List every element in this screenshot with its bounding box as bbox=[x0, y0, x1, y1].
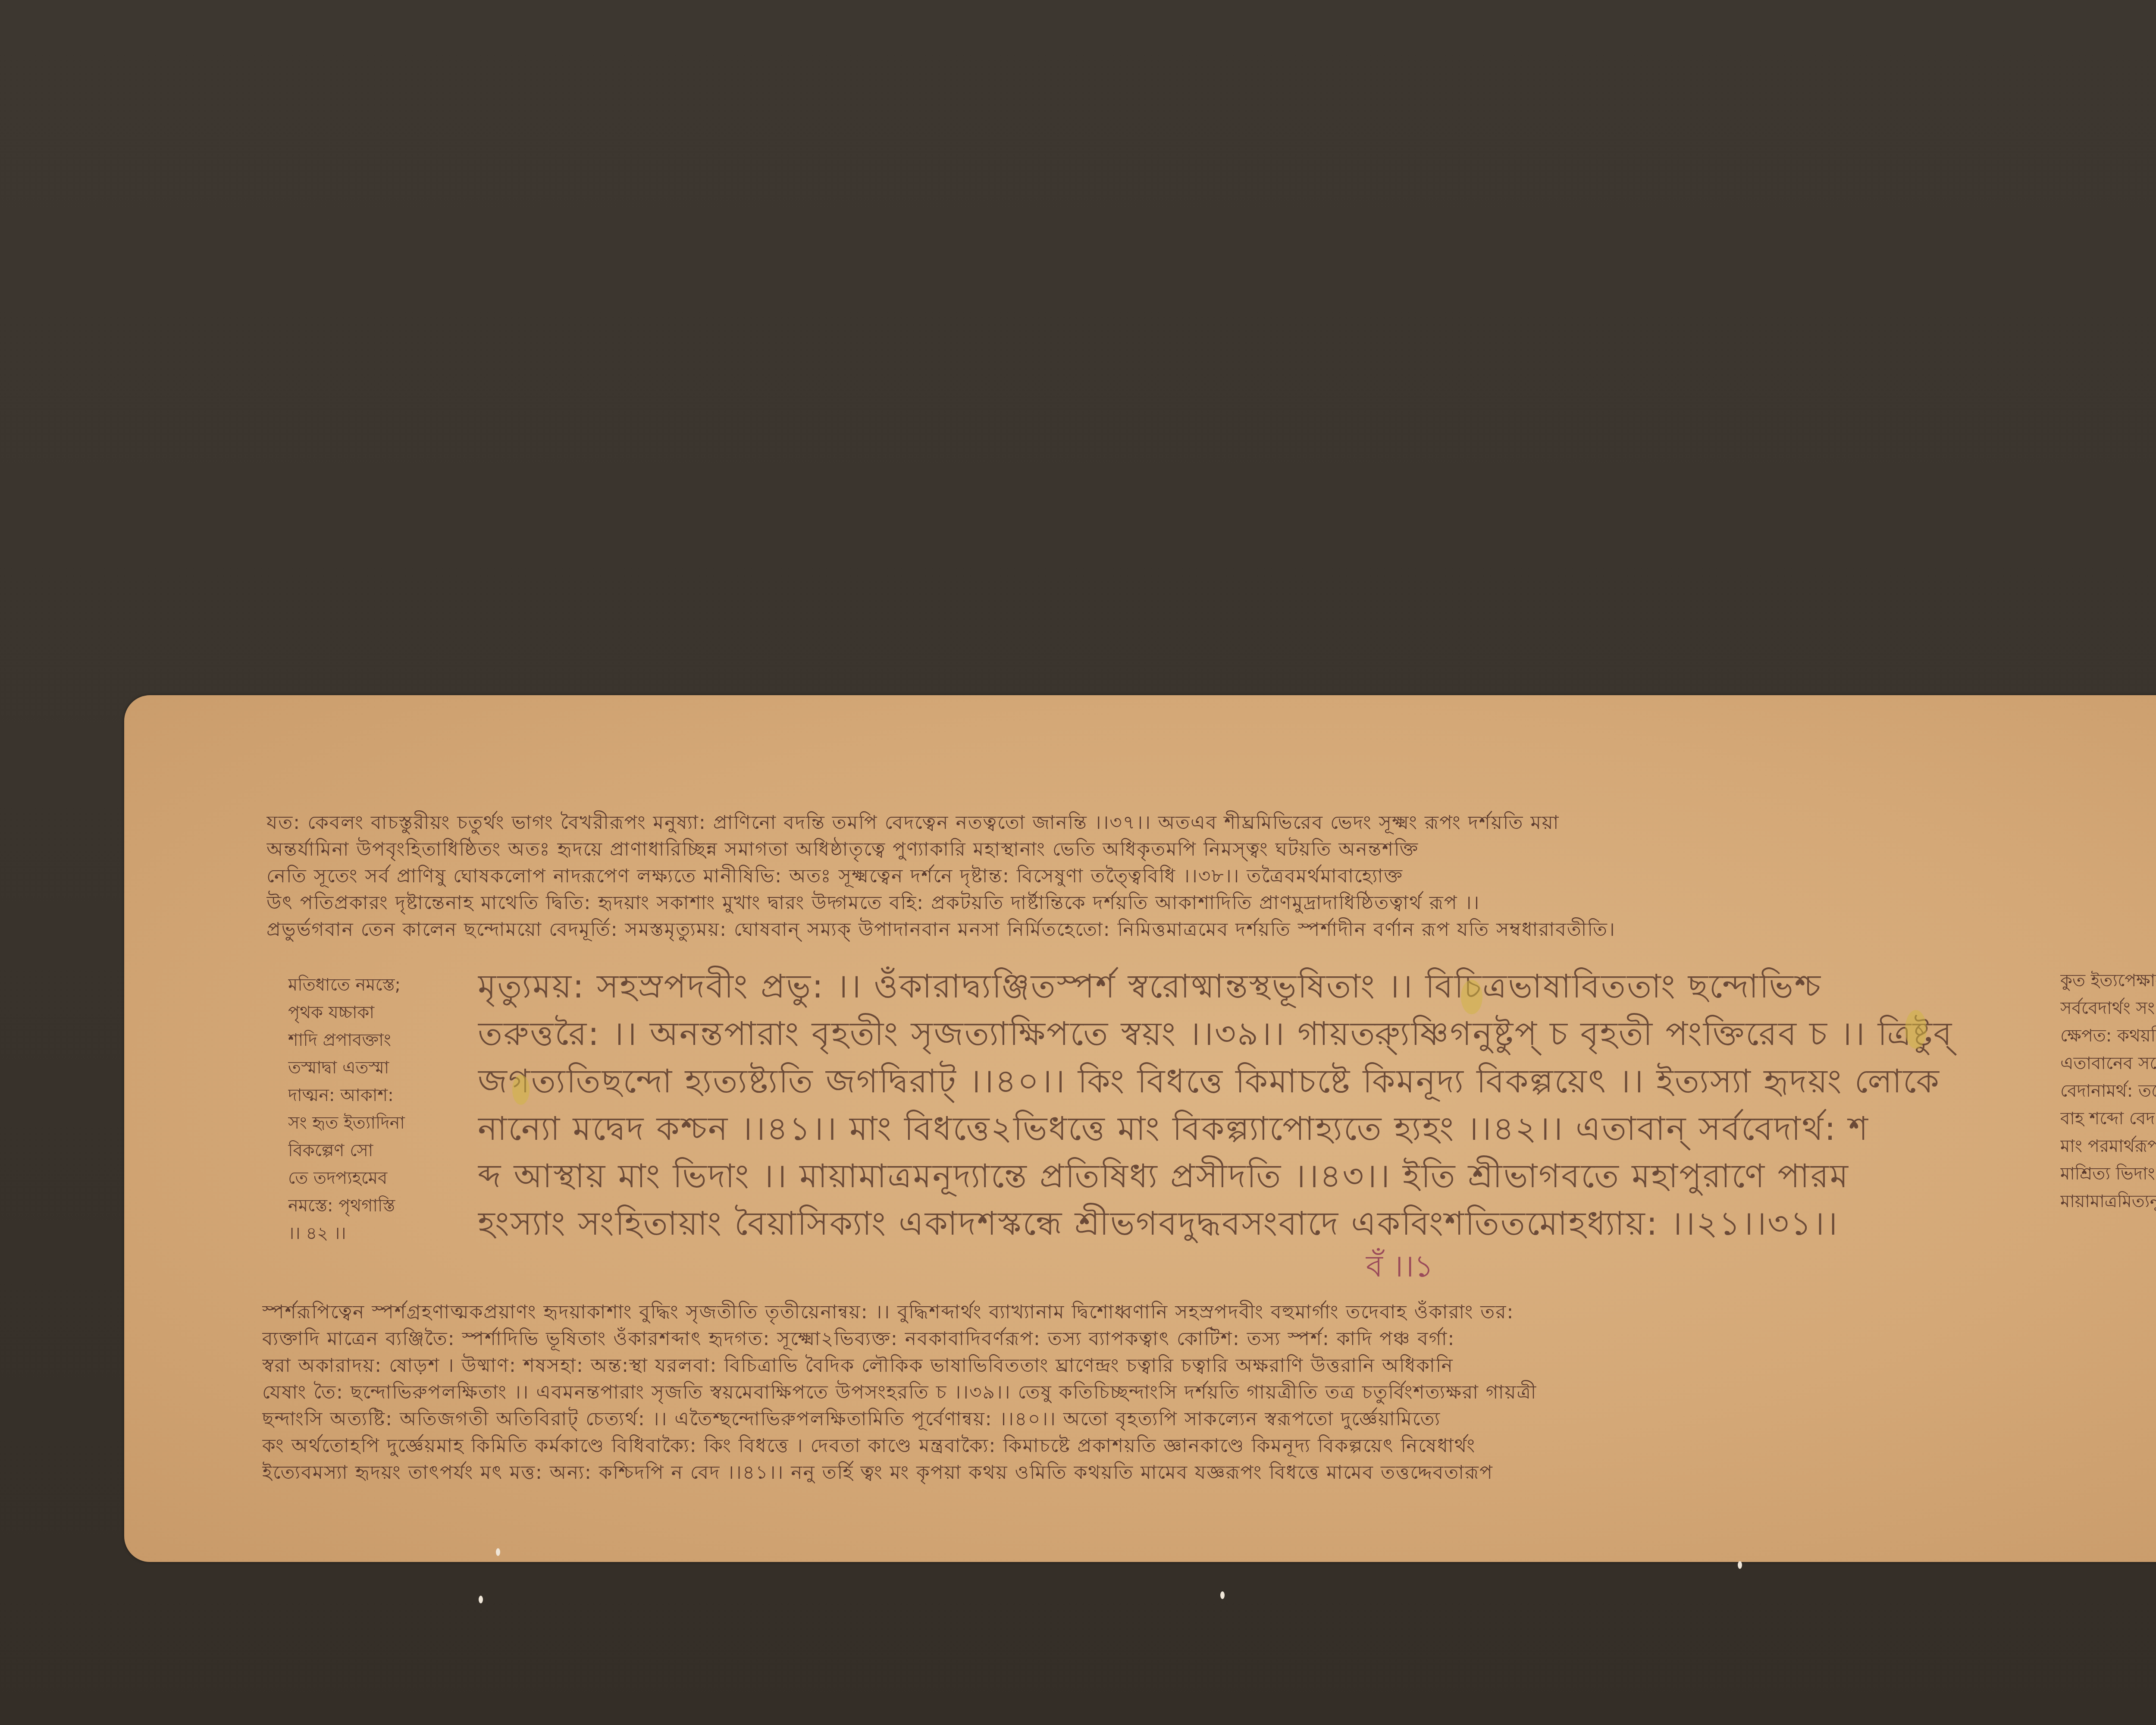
gloss-line: মাশ্রিত্য ভিদাং bbox=[2060, 1160, 2156, 1188]
verse-line: মৃত্যুময়: সহস্রপদবীং প্রভু: ।। ওঁকারাদ্… bbox=[478, 963, 2052, 1010]
commentary-line: উৎ পতিপ্রকারং দৃষ্টান্তেনাহ মাথেতি দ্বিত… bbox=[266, 890, 2156, 916]
top-commentary: যত: কেবলং বাচস্তুরীয়ং চতুর্থং ভাগং বৈখর… bbox=[266, 809, 2156, 943]
bottom-commentary: স্পর্শরূপিত্বেন স্পর্শগ্রহণাত্মকপ্রয়াণং… bbox=[262, 1299, 2156, 1486]
gloss-line: এতাবানেব সর্বেষাং bbox=[2060, 1050, 2156, 1077]
commentary-line: প্রভুর্ভগবান তেন কালেন ছন্দোময়ো বেদমূর্… bbox=[266, 916, 2156, 943]
gloss-line: সং হৃত ইত্যাদিনা bbox=[288, 1109, 469, 1137]
gloss-line: ক্ষেপত: কথয়তি bbox=[2060, 1022, 2156, 1050]
gloss-line: মায়ামাত্রমিত্যনূদ্য bbox=[2060, 1188, 2156, 1215]
manuscript-folio: যত: কেবলং বাচস্তুরীয়ং চতুর্থং ভাগং বৈখর… bbox=[124, 695, 2156, 1562]
board-speck bbox=[1738, 1561, 1742, 1569]
folio-marker: বঁ ।।১ bbox=[1366, 1243, 1434, 1293]
board-speck bbox=[1220, 1591, 1225, 1599]
gloss-line: বিকল্পেণ সো bbox=[288, 1137, 469, 1164]
commentary-line: নেতি সূতেং সর্ব প্রাণিষু ঘোষকলোপ নাদরূপে… bbox=[266, 863, 2156, 890]
paper-stain bbox=[1905, 1010, 1927, 1049]
commentary-line: অন্তর্যামিনা উপবৃংহিতাধিষ্ঠিতং অতঃ হৃদয়… bbox=[266, 836, 2156, 863]
commentary-line: ইত্যেবমস্যা হৃদয়ং তাৎপর্যং মৎ মত্ত: অন্… bbox=[262, 1459, 2156, 1486]
gloss-line: মতিধাতে নমস্তে; bbox=[288, 971, 469, 999]
gloss-line: পৃথক যচ্চাকা bbox=[288, 999, 469, 1026]
folio-verse-number: ।। ৪২ ।। bbox=[288, 1220, 469, 1247]
commentary-line: ছন্দাংসি অত্যষ্টি: অতিজগতী অতিবিরাট্ চেত… bbox=[262, 1406, 2156, 1433]
gloss-line: দাত্মন: আকাশ: bbox=[288, 1082, 469, 1109]
gloss-line: শাদি প্রপাবক্তাং bbox=[288, 1026, 469, 1054]
gloss-line: বাহ শব্দো বেদ: bbox=[2060, 1105, 2156, 1132]
gloss-line: নমস্তে: পৃথগাস্তি bbox=[288, 1192, 469, 1220]
gloss-line: তে তদপ্যহমেব bbox=[288, 1164, 469, 1192]
gloss-line: কুত ইত্যপেক্ষায়াং bbox=[2060, 967, 2156, 994]
paper-stain bbox=[1461, 980, 1482, 1014]
commentary-line: ব্যক্তাদি মাত্রেন ব্যঞ্জিতৈ: স্পর্শাদিভি… bbox=[262, 1326, 2156, 1352]
board-speck bbox=[479, 1596, 483, 1603]
commentary-line: স্বরা অকারাদয়: ষোড়শ । উষ্মাণ: শষসহা: অ… bbox=[262, 1352, 2156, 1379]
verse-line: জগত্যতিছন্দো হ্যত্যষ্ট্যতি জগদ্বিরাট্ ।।… bbox=[478, 1057, 2052, 1105]
verse-line: নান্যো মদ্বেদ কশ্চন ।।৪১।। মাং বিধত্তে২ভ… bbox=[478, 1105, 2052, 1152]
verse-line: ব্দ আস্থায় মাং ভিদাং ।। মায়ামাত্রমনূদ্… bbox=[478, 1152, 2052, 1200]
commentary-line: স্পর্শরূপিত্বেন স্পর্শগ্রহণাত্মকপ্রয়াণং… bbox=[262, 1299, 2156, 1326]
right-margin-gloss: কুত ইত্যপেক্ষায়াং সর্ববেদার্থং সং ক্ষেপ… bbox=[2060, 967, 2156, 1215]
gloss-line: বেদানামর্থ: তমে bbox=[2060, 1077, 2156, 1105]
board-speck bbox=[496, 1548, 500, 1556]
commentary-line: যত: কেবলং বাচস্তুরীয়ং চতুর্থং ভাগং বৈখর… bbox=[266, 809, 2156, 836]
left-margin-gloss: মতিধাতে নমস্তে; পৃথক যচ্চাকা শাদি প্রপাব… bbox=[288, 971, 469, 1247]
verse-line: হংস্যাং সংহিতায়াং বৈয়াসিক্যাং একাদশস্ক… bbox=[478, 1200, 2052, 1247]
paper-stain bbox=[512, 1075, 530, 1105]
gloss-line: তস্মাদ্বা এতস্মা bbox=[288, 1054, 469, 1082]
verse-line: তরুত্তরৈ: ।। অনন্তপারাং বৃহতীং সৃজত্যাক্… bbox=[478, 1010, 2052, 1057]
main-verse-text: মৃত্যুময়: সহস্রপদবীং প্রভু: ।। ওঁকারাদ্… bbox=[478, 963, 2052, 1247]
gloss-line: মাং পরমার্থরূপ bbox=[2060, 1132, 2156, 1160]
commentary-line: কং অর্থতোহপি দুর্জ্ঞেয়মাহ কিমিতি কর্মকা… bbox=[262, 1433, 2156, 1459]
gloss-line: সর্ববেদার্থং সং bbox=[2060, 994, 2156, 1022]
commentary-line: যেষাং তৈ: ছন্দোভিরুপলক্ষিতাং ।। এবমনন্তপ… bbox=[262, 1379, 2156, 1406]
